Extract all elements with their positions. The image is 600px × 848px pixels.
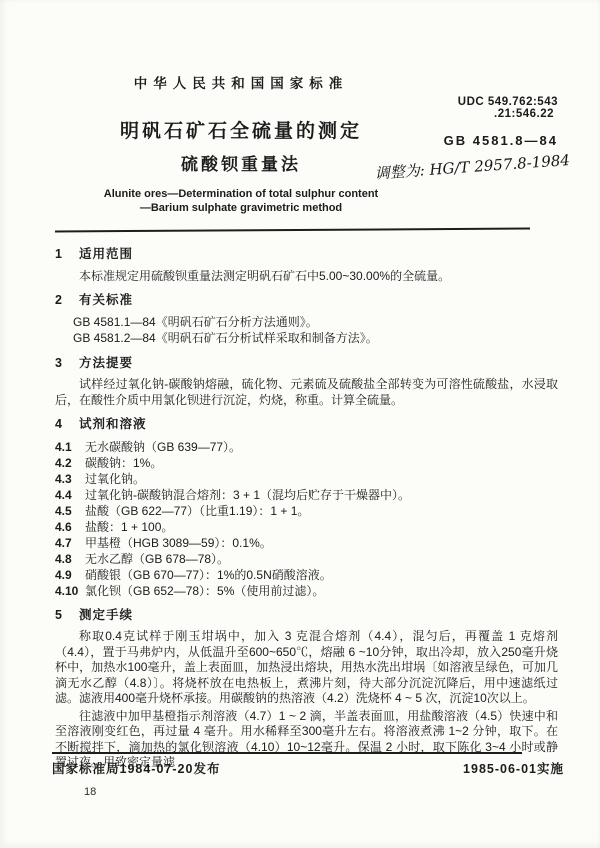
section-number: 1 [55,247,69,263]
section-heading: 5测定手续 [55,608,558,624]
section-related-standards: 2有关标准 GB 4581.1—84《明矾石矿石分析方法通则》。 GB 4581… [55,293,558,347]
section-reagents: 4试剂和溶液 4.1无水碳酸钠（GB 639—77）。 4.2碳酸钠：1%。 4… [55,417,558,599]
reagent-item: 4.5盐酸（GB 622—77）（比重1.19）：1 + 1。 [55,503,558,519]
reagent-number: 4.10 [55,583,85,599]
reagent-number: 4.9 [55,567,85,583]
standard-code: GB 4581.8—84 [368,133,558,148]
reagent-number: 4.8 [55,551,85,567]
section-number: 5 [55,608,69,624]
section-heading: 2有关标准 [55,293,558,309]
section-scope: 1适用范围 本标准规定用硫酸钡重量法测定明矾石矿石中5.00~30.00%的全硫… [55,247,558,284]
reagent-item: 4.2碳酸钠：1%。 [55,455,558,471]
reagent-number: 4.2 [55,455,85,471]
reagent-text: 盐酸：1 + 100。 [85,519,558,535]
reagent-number: 4.3 [55,471,85,487]
reagent-text: 无水乙醇（GB 678—78）。 [85,551,558,567]
section-method-summary: 3方法提要 试样经过氧化钠-碳酸钠熔融，硫化物、元素硫及硫酸盐全部转变为可溶性硫… [55,356,558,409]
section-title: 方法提要 [79,356,133,370]
document-title-en-line2: —Barium sulphate gravimetric method [55,202,427,214]
reagent-item: 4.7甲基橙（HGB 3089—59）：0.1%。 [55,535,558,551]
reagent-item: 4.3过氧化钠。 [55,471,558,487]
referenced-standard: GB 4581.2—84《明矾石矿石分析试样采取和制备方法》。 [55,331,558,347]
reagent-item: 4.1无水碳酸钠（GB 639—77）。 [55,439,558,455]
reagent-number: 4.6 [55,519,85,535]
standard-document-page: 中华人民共和国国家标准 明矾石矿石全硫量的测定 硫酸钡重量法 Alunite o… [0,0,600,848]
reagent-item: 4.6盐酸：1 + 100。 [55,519,558,535]
page-number: 18 [84,786,96,798]
section-heading: 3方法提要 [55,356,558,372]
reagent-item: 4.10氯化钡（GB 652—78）：5%（使用前过滤）。 [55,583,558,599]
reagent-text: 氯化钡（GB 652—78）：5%（使用前过滤）。 [85,583,558,599]
national-standard-label: 中华人民共和国国家标准 [55,72,427,92]
reagent-text: 硝酸银（GB 670—77）：1%的0.5N硝酸溶液。 [85,567,558,583]
reagent-text: 碳酸钠：1%。 [85,455,558,471]
effective-date-text: 1985-06-01实施 [463,759,564,777]
paragraph: 本标准规定用硫酸钡重量法测定明矾石矿石中5.00~30.00%的全硫量。 [55,269,558,285]
reagent-number: 4.4 [55,487,85,503]
section-heading: 1适用范围 [55,247,558,263]
reagent-text: 盐酸（GB 622—77）（比重1.19）：1 + 1。 [85,503,558,519]
reagent-text: 过氧化钠-碳酸钠混合熔剂：3 + 1（混均后贮存于干燥器中）。 [85,487,558,503]
footer: 国家标准局1984-07-20发布 1985-06-01实施 [52,759,564,777]
udc-number-line1: UDC 549.762:543 [368,96,558,108]
section-heading: 4试剂和溶液 [55,417,558,433]
header-code-block: UDC 549.762:543 .21:546.22 GB 4581.8—84 [368,96,558,148]
reagent-number: 4.1 [55,439,85,455]
section-title: 试剂和溶液 [79,417,147,431]
udc-number-line2: .21:546.22 [368,108,558,120]
reagent-number: 4.7 [55,535,85,551]
issued-date-text: 国家标准局1984-07-20发布 [52,759,220,777]
section-title: 适用范围 [79,247,133,261]
section-number: 2 [55,293,69,309]
section-number: 4 [55,417,69,433]
section-title: 有关标准 [79,293,133,307]
reagent-text: 无水碳酸钠（GB 639—77）。 [85,439,558,455]
reagent-item: 4.8无水乙醇（GB 678—78）。 [55,551,558,567]
referenced-standard: GB 4581.1—84《明矾石矿石分析方法通则》。 [55,315,558,331]
header-divider-rule [55,228,530,233]
reagent-item: 4.4过氧化钠-碳酸钠混合熔剂：3 + 1（混均后贮存于干燥器中）。 [55,487,558,503]
reagent-text: 甲基橙（HGB 3089—59）：0.1%。 [85,535,558,551]
section-procedure: 5测定手续 称取0.4克试样于刚玉坩埚中，加入 3 克混合熔剂（4.4），混匀后… [55,608,558,771]
paragraph: 称取0.4克试样于刚玉坩埚中，加入 3 克混合熔剂（4.4），混匀后，再覆盖 1… [55,629,558,707]
paragraph: 试样经过氧化钠-碳酸钠熔融，硫化物、元素硫及硫酸盐全部转变为可溶性硫酸盐，水浸取… [55,377,558,408]
reagent-number: 4.5 [55,503,85,519]
document-title-en-line1: Alunite ores—Determination of total sulp… [55,188,427,200]
section-number: 3 [55,356,69,372]
document-body: 1适用范围 本标准规定用硫酸钡重量法测定明矾石矿石中5.00~30.00%的全硫… [55,247,558,780]
footer-divider-rule [52,752,522,754]
reagent-text: 过氧化钠。 [85,471,558,487]
section-title: 测定手续 [79,608,133,622]
reagent-item: 4.9硝酸银（GB 670—77）：1%的0.5N硝酸溶液。 [55,567,558,583]
